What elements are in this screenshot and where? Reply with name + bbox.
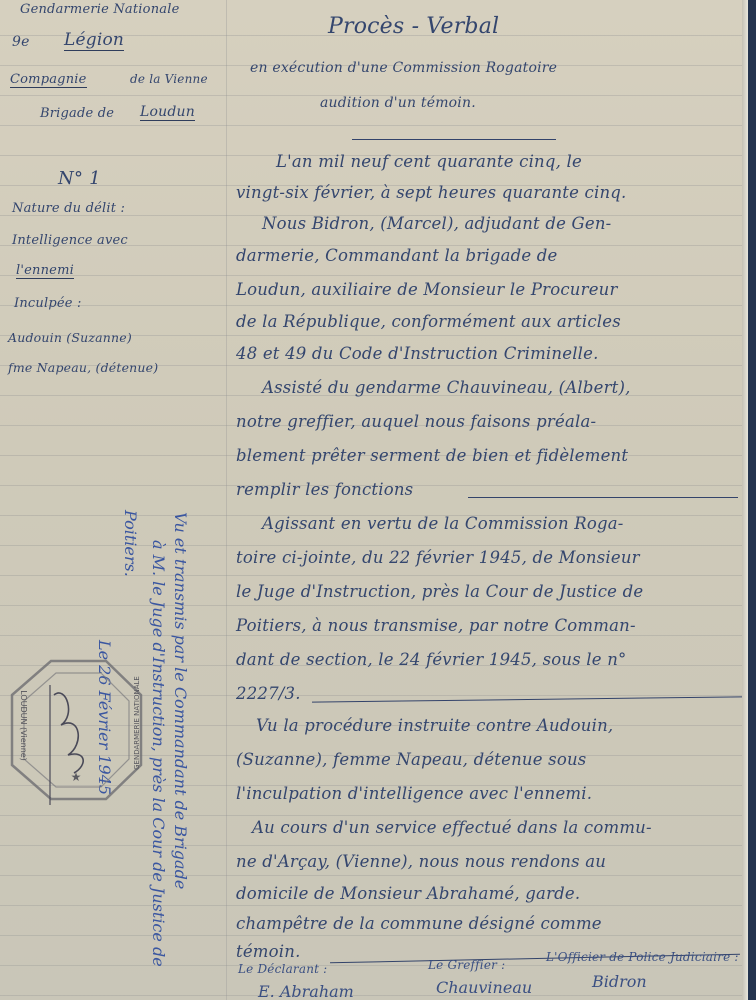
- header-compagnie: Compagnie: [10, 72, 87, 88]
- document-title: Procès - Verbal: [328, 14, 499, 39]
- accused-line1: Audouin (Suzanne): [8, 330, 132, 345]
- margin-note-line1: Vu et transmis par le Commandant de Brig…: [171, 512, 190, 889]
- body-line: Vu la procédure instruite contre Audouin…: [256, 716, 613, 735]
- accused-line2: fme Napeau, (détenue): [8, 360, 158, 375]
- document-subtitle-1: en exécution d'une Commission Rogatoire: [250, 60, 557, 76]
- margin-note-line2: à M. le Juge d'Instruction, près la Cour…: [149, 540, 168, 967]
- body-line: blement prêter serment de bien et fidèle…: [236, 446, 628, 465]
- case-number: N° 1: [58, 168, 101, 189]
- body-line: l'inculpation d'intelligence avec l'enne…: [236, 784, 592, 803]
- body-line: toire ci-jointe, du 22 février 1945, de …: [236, 548, 640, 567]
- officer-signature: Bidron: [592, 972, 647, 991]
- title-underline: [352, 139, 556, 140]
- body-line: le Juge d'Instruction, près la Cour de J…: [236, 582, 643, 601]
- greffier-label: Le Greffier :: [428, 958, 505, 972]
- nature-line2: l'ennemi: [16, 263, 74, 279]
- body-line: domicile de Monsieur Abrahamé, garde.: [236, 884, 580, 903]
- page-edge: [742, 0, 748, 1000]
- nature-label: Nature du délit :: [12, 201, 125, 216]
- body-line: vingt-six février, à sept heures quarant…: [236, 183, 626, 202]
- greffier-signature: Chauvineau: [436, 978, 532, 997]
- body-line: 48 et 49 du Code d'Instruction Criminell…: [236, 344, 599, 363]
- document-page: Gendarmerie Nationale 9e Légion Compagni…: [0, 0, 748, 1000]
- margin-line: [226, 0, 227, 1000]
- body-line: darmerie, Commandant la brigade de: [236, 246, 558, 265]
- stamp-text-top: GENDARMERIE NATIONALE: [133, 676, 141, 770]
- officer-label: L'Officier de Police Judiciaire :: [546, 950, 739, 964]
- header-legion: Légion: [64, 30, 124, 51]
- declarant-label: Le Déclarant :: [238, 962, 327, 976]
- body-line: Poitiers, à nous transmise, par notre Co…: [236, 616, 636, 635]
- body-line: Au cours d'un service effectué dans la c…: [252, 818, 652, 837]
- ruled-lines: [0, 0, 748, 1000]
- body-line: témoin.: [236, 942, 301, 961]
- body-line: notre greffier, auquel nous faisons préa…: [236, 412, 596, 431]
- body-line: (Suzanne), femme Napeau, détenue sous: [236, 750, 586, 769]
- accused-label: Inculpée :: [14, 296, 82, 311]
- fill-line: [468, 497, 738, 498]
- body-line: Agissant en vertu de la Commission Roga-: [262, 514, 624, 533]
- body-line: L'an mil neuf cent quarante cinq, le: [276, 152, 582, 171]
- stamp-text-bottom: LOUDUN (Vienne): [19, 690, 28, 761]
- header-brigade: Loudun: [140, 104, 195, 121]
- header-legion-number: 9e: [12, 34, 30, 50]
- document-subtitle-2: audition d'un témoin.: [320, 95, 476, 111]
- body-line: Assisté du gendarme Chauvineau, (Albert)…: [262, 378, 631, 397]
- body-line: dant de section, le 24 février 1945, sou…: [236, 650, 626, 669]
- header-gendarmerie: Gendarmerie Nationale: [20, 2, 179, 17]
- body-line: Loudun, auxiliaire de Monsieur le Procur…: [236, 280, 618, 299]
- body-line: champêtre de la commune désigné comme: [236, 914, 602, 933]
- margin-note-line3: Poitiers.: [121, 510, 140, 577]
- body-line: ne d'Arçay, (Vienne), nous nous rendons …: [236, 852, 606, 871]
- body-line: 2227/3.: [236, 684, 301, 703]
- nature-line1: Intelligence avec: [12, 233, 128, 248]
- body-line: de la République, conformément aux artic…: [236, 312, 621, 331]
- body-line: Nous Bidron, (Marcel), adjudant de Gen-: [262, 214, 611, 233]
- official-stamp: ★ LOUDUN (Vienne) GENDARMERIE NATIONALE: [6, 655, 146, 805]
- header-departement: de la Vienne: [130, 72, 208, 86]
- body-line: remplir les fonctions: [236, 480, 413, 499]
- declarant-signature: E. Abraham: [258, 982, 354, 1000]
- header-brigade-label: Brigade de: [40, 106, 114, 121]
